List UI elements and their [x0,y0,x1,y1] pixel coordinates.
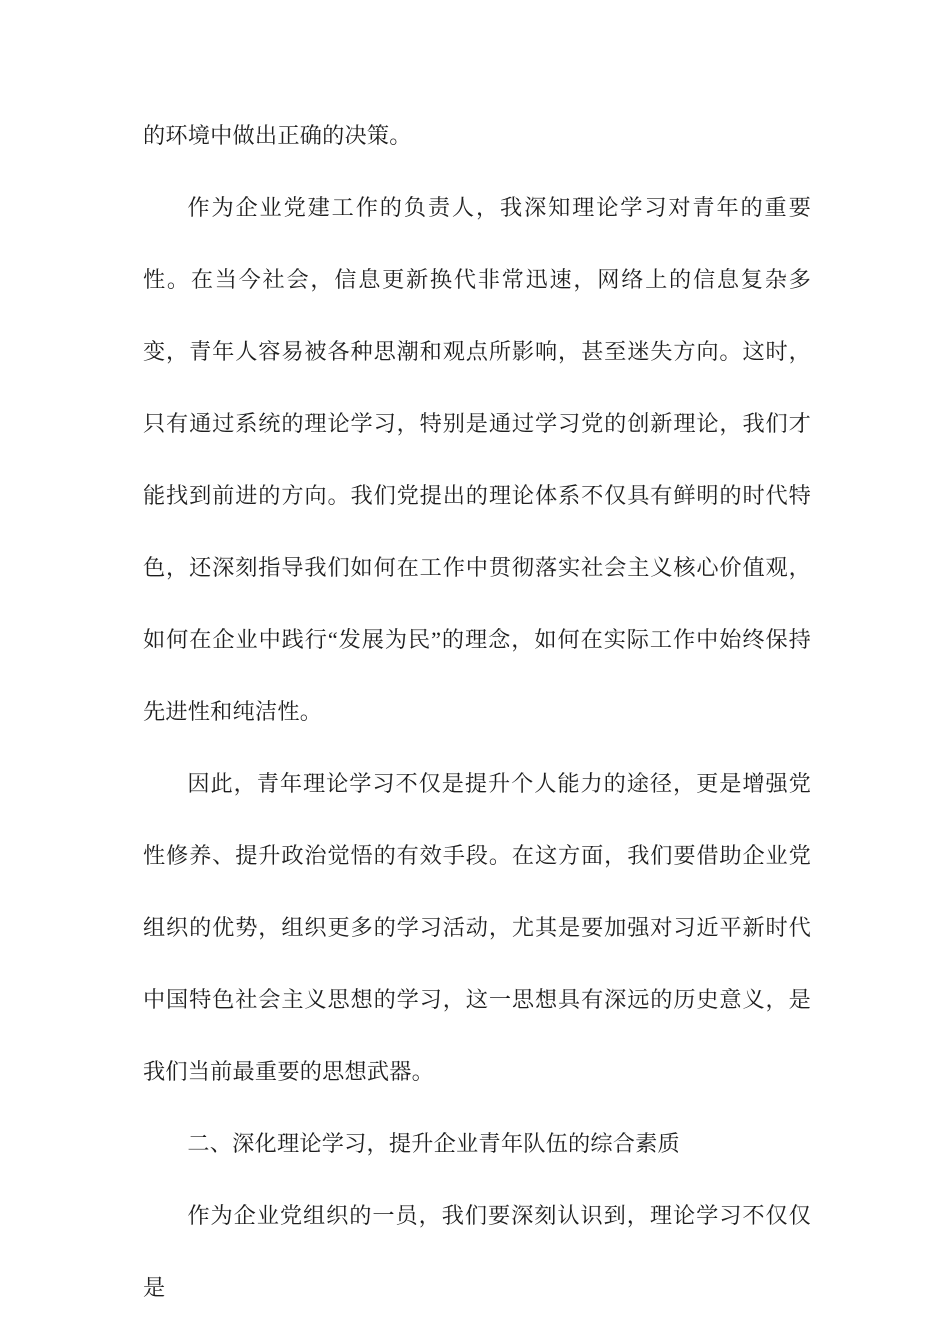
paragraph-party-spirit: 因此，青年理论学习不仅是提升个人能力的途径，更是增强党性修养、提升政治觉悟的有效… [143,748,811,1108]
document-page: 的环境中做出正确的决策。 作为企业党建工作的负责人，我深知理论学习对青年的重要性… [0,0,950,1344]
section-heading-2: 二、深化理论学习，提升企业青年队伍的综合素质 [143,1108,811,1180]
paragraph-theory-importance: 作为企业党建工作的负责人，我深知理论学习对青年的重要性。在当今社会，信息更新换代… [143,172,811,748]
document-body: 的环境中做出正确的决策。 作为企业党建工作的负责人，我深知理论学习对青年的重要性… [143,100,811,1324]
paragraph-member-awareness: 作为企业党组织的一员，我们要深刻认识到，理论学习不仅仅是 [143,1180,811,1324]
paragraph-continuation: 的环境中做出正确的决策。 [143,100,811,172]
